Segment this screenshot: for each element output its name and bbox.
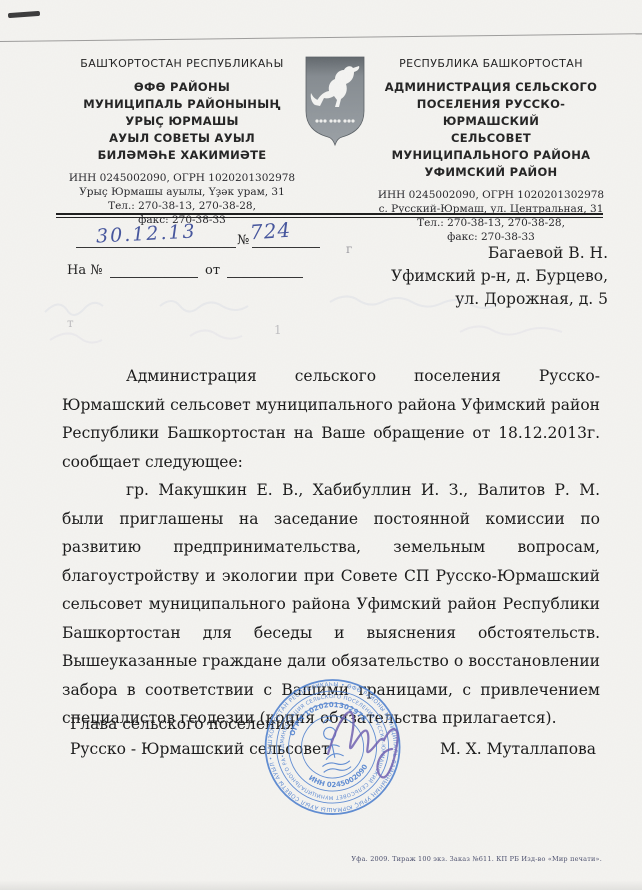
org-name-line: АДМИНИСТРАЦИЯ СЕЛЬСКОГО xyxy=(372,79,610,96)
letterhead-divider xyxy=(56,213,603,218)
phone-line: Тел.: 270-38-13, 270-38-28, xyxy=(56,199,308,213)
letterhead-left-bashkir: БАШҠОРТОСТАН РЕСПУБЛИКАҺЫ ӨФӨ РАЙОНЫ МУН… xyxy=(56,57,308,227)
bleed-through-handwriting xyxy=(40,292,610,358)
org-republic-line: БАШҠОРТОСТАН РЕСПУБЛИКАҺЫ xyxy=(56,57,308,70)
reply-from-label: от xyxy=(205,263,220,278)
org-name-line: БИЛӘМӘҺЕ ХАКИМИӘТЕ xyxy=(56,147,308,164)
reply-number-underline xyxy=(110,277,198,278)
org-name-line: МУНИЦИПАЛЬ РАЙОНЫНЫҢ xyxy=(56,96,308,113)
org-name-line: УФИМСКИЙ РАЙОН xyxy=(372,164,610,181)
signer-name: М. Х. Муталлапова xyxy=(440,740,596,758)
number-underline xyxy=(252,247,320,248)
org-name-line: СЕЛЬСОВЕТ xyxy=(372,130,610,147)
reply-date-underline xyxy=(227,277,303,278)
inn-ogrn-line: ИНН 0245002090, ОГРН 1020201302978 xyxy=(372,188,610,202)
inn-ogrn-line: ИНН 0245002090, ОГРН 1020201302978 xyxy=(56,171,308,185)
handwritten-date: 30.12.13 xyxy=(95,220,197,247)
recipient-district: Уфимский р-н, д. Бурцево, xyxy=(391,265,608,288)
handwritten-signature xyxy=(322,692,412,796)
scan-edge-mark xyxy=(8,11,40,18)
body-paragraph-1: Администрация сельского поселения Русско… xyxy=(62,362,600,476)
org-name-line: МУНИЦИПАЛЬНОГО РАЙОНА xyxy=(372,147,610,164)
scan-bottom-shadow xyxy=(0,880,642,890)
stray-corner-mark: г xyxy=(346,242,352,256)
ufa-district-coat-of-arms-icon xyxy=(302,55,368,151)
number-sign-label: № xyxy=(237,233,249,248)
print-shop-imprint: Уфа. 2009. Тираж 100 экз. Заказ №611. КП… xyxy=(351,855,602,863)
address-line: Урыҫ Юрмашы ауылы, Үҙәк урам, 31 xyxy=(56,185,308,199)
org-name-line: АУЫЛ СОВЕТЫ АУЫЛ xyxy=(56,130,308,147)
org-republic-line: РЕСПУБЛИКА БАШКОРТОСТАН xyxy=(372,57,610,70)
org-name-line: ӨФӨ РАЙОНЫ xyxy=(56,79,308,96)
date-underline xyxy=(76,247,236,248)
handwritten-outgoing-number: 724 xyxy=(249,218,292,245)
org-name-line: УРЫҪ ЮРМАШЫ xyxy=(56,113,308,130)
scan-fold-line xyxy=(0,33,642,43)
reply-to-number-label: На № xyxy=(67,263,103,278)
phone-line: Тел.: 270-38-13, 270-38-28, xyxy=(372,216,610,230)
recipient-name: Багаевой В. Н. xyxy=(391,242,608,265)
org-name-line: ПОСЕЛЕНИЯ РУССКО-ЮРМАШСКИЙ xyxy=(372,96,610,130)
scanned-letter-page: г т 1 БАШҠОРТОСТАН РЕСПУБЛИКАҺЫ ӨФӨ РАЙО… xyxy=(0,0,642,890)
